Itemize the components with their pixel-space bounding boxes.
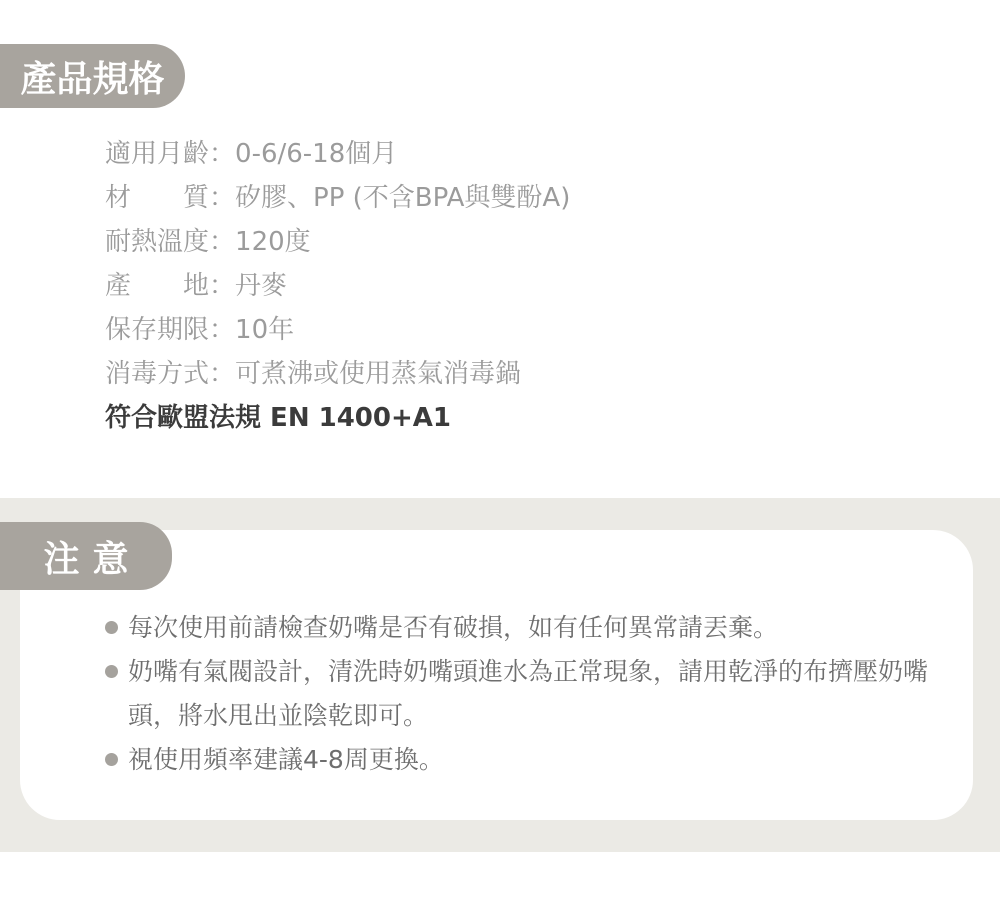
spec-label: 適用月齡 — [105, 139, 209, 169]
notice-item: 每次使用前請檢查奶嘴是否有破損，如有任何異常請丟棄。 — [105, 606, 961, 650]
spec-label: 材 質 — [105, 183, 209, 213]
spec-value: 0-6/6-18個月 — [235, 139, 397, 169]
spec-separator: ： — [209, 359, 235, 389]
section-badge-label: 產品規格 — [20, 51, 164, 102]
spec-row-origin: 產 地：丹麥 — [105, 264, 570, 308]
section-badge-label: 注意 — [43, 531, 141, 582]
spec-label: 保存期限 — [105, 315, 209, 345]
spec-label: 耐熱溫度 — [105, 227, 209, 257]
notice-item: 奶嘴有氣閥設計，清洗時奶嘴頭進水為正常現象，請用乾淨的布擠壓奶嘴頭，將水甩出並陰… — [105, 650, 961, 738]
spec-row-sterilization: 消毒方式：可煮沸或使用蒸氣消毒鍋 — [105, 352, 570, 396]
notice-item-text: 每次使用前請檢查奶嘴是否有破損，如有任何異常請丟棄。 — [128, 606, 958, 650]
notice-item-text: 視使用頻率建議4-8周更換。 — [128, 738, 958, 782]
spec-list: 適用月齡：0-6/6-18個月 材 質：矽膠、PP (不含BPA與雙酚A) 耐熱… — [105, 132, 570, 440]
spec-value: 矽膠、PP (不含BPA與雙酚A) — [235, 183, 570, 213]
spec-separator: ： — [209, 271, 235, 301]
notice-item-text: 奶嘴有氣閥設計，清洗時奶嘴頭進水為正常現象，請用乾淨的布擠壓奶嘴頭，將水甩出並陰… — [128, 650, 958, 738]
spec-separator: ： — [209, 183, 235, 213]
spec-row-material: 材 質：矽膠、PP (不含BPA與雙酚A) — [105, 176, 570, 220]
spec-separator: ： — [209, 315, 235, 345]
notice-list: 每次使用前請檢查奶嘴是否有破損，如有任何異常請丟棄。 奶嘴有氣閥設計，清洗時奶嘴… — [105, 606, 961, 782]
bullet-dot-icon — [105, 665, 118, 678]
spec-label: 產 地 — [105, 271, 209, 301]
bullet-dot-icon — [105, 621, 118, 634]
spec-row-age: 適用月齡：0-6/6-18個月 — [105, 132, 570, 176]
spec-compliance-statement: 符合歐盟法規 EN 1400+A1 — [105, 396, 570, 440]
spec-value: 可煮沸或使用蒸氣消毒鍋 — [235, 359, 521, 389]
spec-row-shelf-life: 保存期限：10年 — [105, 308, 570, 352]
spec-label: 消毒方式 — [105, 359, 209, 389]
spec-value: 120度 — [235, 227, 311, 257]
section-badge-notice: 注意 — [0, 522, 172, 590]
spec-separator: ： — [209, 139, 235, 169]
section-badge-product-specs: 產品規格 — [0, 44, 185, 108]
spec-value: 10年 — [235, 315, 294, 345]
notice-item: 視使用頻率建議4-8周更換。 — [105, 738, 961, 782]
spec-value: 丹麥 — [235, 271, 287, 301]
spec-separator: ： — [209, 227, 235, 257]
bullet-dot-icon — [105, 753, 118, 766]
spec-row-heat-resistance: 耐熱溫度：120度 — [105, 220, 570, 264]
